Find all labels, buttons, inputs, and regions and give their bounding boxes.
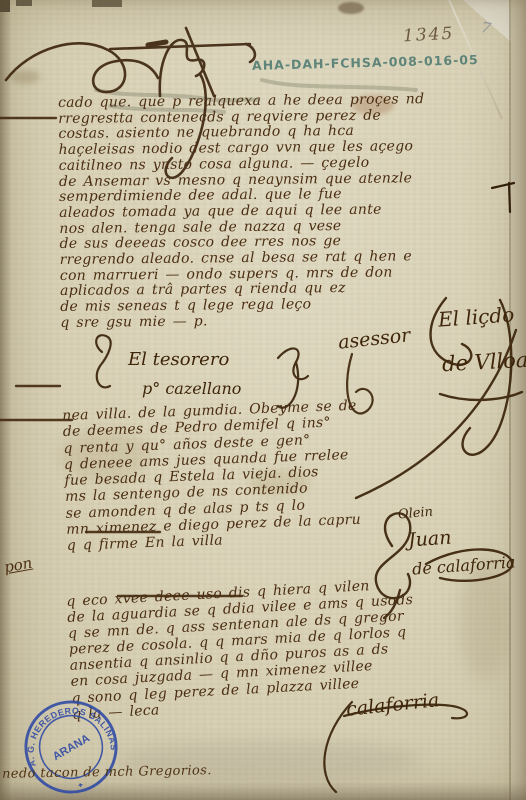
licenciado-signature-line2: de Vlloa — [441, 348, 526, 376]
juan-signature-word: Olein — [397, 505, 433, 523]
tesorero-signature-line1: El tesorero — [128, 349, 229, 370]
svg-text:A. G. HEREDEROS SALINAS: A. G. HEREDEROS SALINAS — [16, 696, 120, 773]
stamp-star-icon: ✦ — [76, 780, 85, 790]
text-block-1: cado que. que p realquexa a he deea proç… — [58, 92, 427, 331]
juan-signature-name: Juan — [407, 527, 452, 552]
stamp-center-text: ARANA — [51, 732, 92, 763]
tesorero-signature-line2: p° cazellano — [142, 379, 241, 398]
stamp-ring-text: A. G. HEREDEROS SALINAS — [16, 696, 120, 773]
manuscript-page: 7 1345 AHA-DAH-FCHSA-008-016-05 cado que… — [0, 0, 526, 800]
folio-number-ink: 1345 — [403, 24, 455, 47]
text-block-2: nea villa. de la gumdia. Obeyme se de de… — [62, 398, 362, 555]
